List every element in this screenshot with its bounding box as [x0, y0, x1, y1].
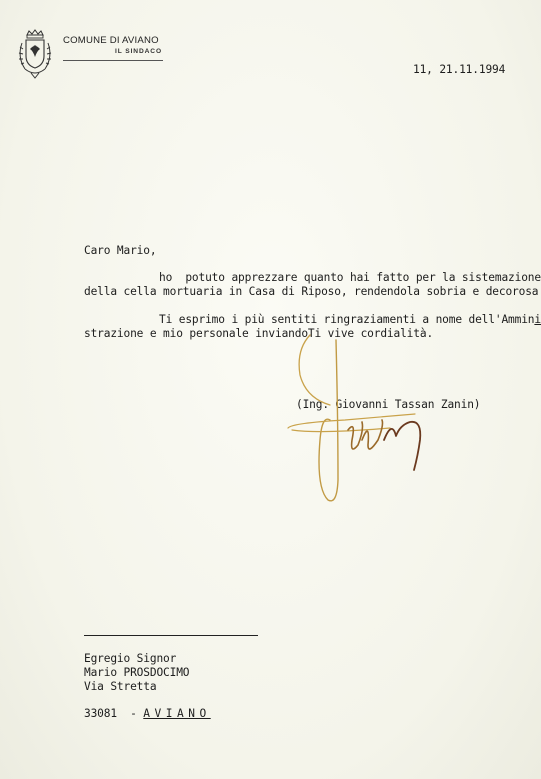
recipient-postal-code: 33081 -: [84, 707, 143, 720]
recipient-name: Mario PROSDOCIMO: [84, 666, 189, 679]
letterhead-municipality: COMUNE DI AVIANO: [63, 35, 159, 46]
hyphen-underlined-char: i: [534, 313, 541, 326]
paragraph-2-line-1: Ti esprimo i più sentiti ringraziamenti …: [159, 313, 541, 326]
letterhead-divider: [63, 60, 163, 61]
letterhead-office: IL SINDACO: [115, 48, 162, 55]
recipient-postal-line: 33081 - AVIANO: [84, 707, 211, 720]
recipient-street: Via Stretta: [84, 680, 156, 693]
letter-page: COMUNE DI AVIANO IL SINDACO 11, 21.11.19…: [0, 0, 541, 779]
paragraph-2-line-2: strazione e mio personale inviandoTi viv…: [84, 327, 433, 340]
municipal-coat-of-arms-icon: [13, 29, 57, 81]
salutation: Caro Mario,: [84, 244, 156, 257]
address-divider: [84, 635, 258, 636]
letter-date: 11, 21.11.1994: [413, 63, 505, 76]
recipient-title: Egregio Signor: [84, 652, 176, 665]
recipient-city: AVIANO: [143, 707, 210, 720]
paragraph-1-line-2: della cella mortuaria in Casa di Riposo,…: [84, 285, 541, 298]
signer-name: (Ing. Giovanni Tassan Zanin): [296, 398, 480, 411]
paragraph-1-line-1: ho potuto apprezzare quanto hai fatto pe…: [159, 271, 541, 284]
paragraph-2-line-1-text: Ti esprimo i più sentiti ringraziamenti …: [159, 313, 534, 326]
handwritten-signature: [0, 0, 541, 779]
